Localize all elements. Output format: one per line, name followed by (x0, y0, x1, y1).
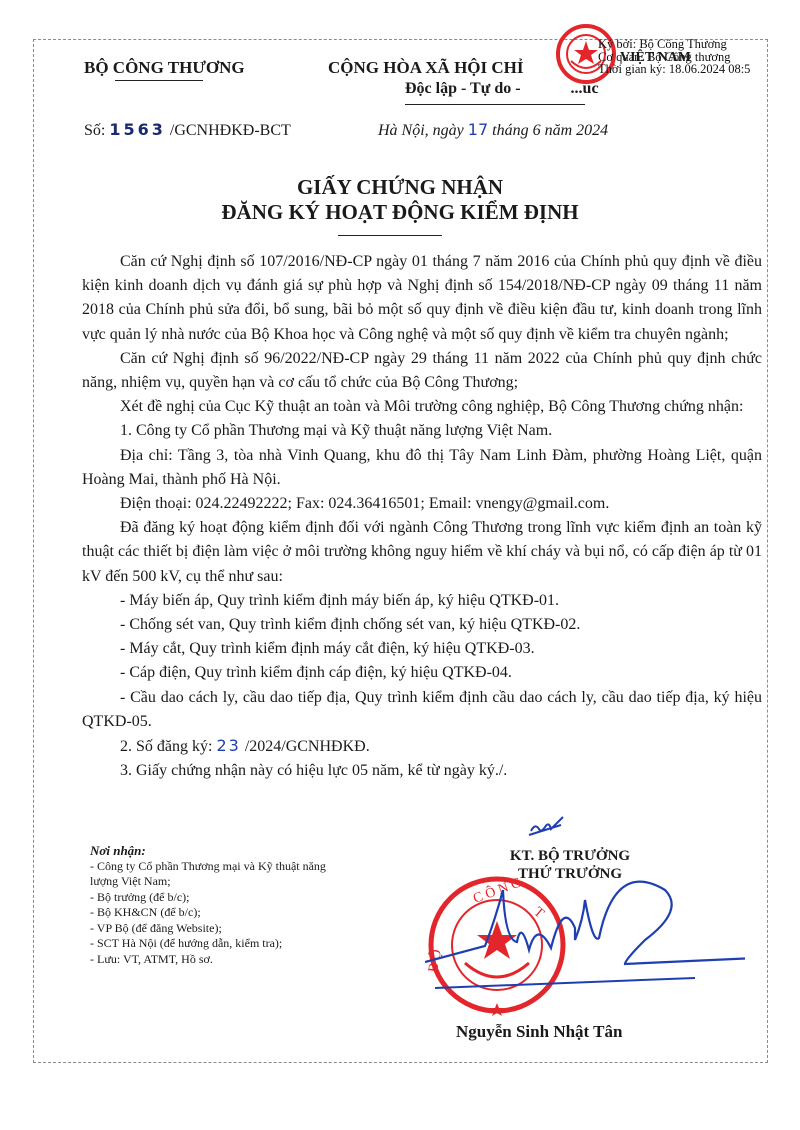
scope-item: - Chống sét van, Quy trình kiểm định chố… (82, 613, 762, 637)
initials-scribble-icon (527, 815, 567, 837)
reg-prefix: 2. Số đăng ký: (120, 738, 212, 755)
e-signature-signer: Ký bởi: Bộ Công Thương (598, 38, 750, 51)
certificate-subtitle: ĐĂNG KÝ HOẠT ĐỘNG KIỂM ĐỊNH (0, 200, 800, 225)
place-date: Hà Nội, ngày 17 tháng 6 năm 2024 (378, 120, 608, 140)
signer-capacity: KT. BỘ TRƯỞNG (450, 848, 690, 865)
title-underline (338, 235, 442, 236)
place-prefix: Hà Nội, ngày (378, 122, 464, 139)
agency-underline (115, 80, 203, 81)
company-address: Địa chỉ: Tầng 3, tòa nhà Vinh Quang, khu… (82, 444, 762, 492)
scope-item: - Cầu dao cách ly, cầu dao tiếp địa, Quy… (82, 686, 762, 734)
registration-scope: Đã đăng ký hoạt động kiểm định đối với n… (82, 516, 762, 589)
legal-basis-2: Căn cứ Nghị định số 96/2022/NĐ-CP ngày 2… (82, 347, 762, 395)
day-handwritten: 17 (468, 120, 488, 139)
reg-suffix: /2024/GCNHĐKĐ. (245, 738, 370, 755)
scope-item: - Máy biến áp, Quy trình kiểm định máy b… (82, 589, 762, 613)
certificate-title: GIẤY CHỨNG NHẬN (0, 175, 800, 200)
motto-text: Độc lập - Tự do - (405, 80, 521, 97)
doc-number-prefix: Số: (84, 122, 105, 139)
proposal: Xét đề nghị của Cục Kỹ thuật an toàn và … (82, 395, 762, 419)
recipient-item: - Lưu: VT, ATMT, Hồ sơ. (90, 952, 326, 968)
certificate-body: Căn cứ Nghị định số 107/2016/NĐ-CP ngày … (82, 250, 762, 783)
issuing-agency: BỘ CÔNG THƯƠNG (84, 58, 245, 78)
legal-basis-1: Căn cứ Nghị định số 107/2016/NĐ-CP ngày … (82, 250, 762, 347)
scope-item: - Máy cắt, Quy trình kiểm định máy cắt đ… (82, 637, 762, 661)
scope-item: - Cáp điện, Quy trình kiểm định cáp điện… (82, 661, 762, 685)
stamp-overlap-text: VIỆT NAM (620, 50, 691, 66)
motto-underline (405, 104, 585, 105)
national-title: CỘNG HÒA XÃ HỘI CHỈ (328, 58, 524, 78)
document-number: Số: 1563 /GCNHĐKĐ-BCT (84, 120, 291, 140)
recipient-item: - SCT Hà Nội (để hướng dẫn, kiểm tra); (90, 936, 326, 952)
reg-number-handwritten: 23 (216, 736, 240, 755)
place-suffix: tháng 6 năm 2024 (492, 122, 608, 139)
signer-name: Nguyễn Sinh Nhật Tân (456, 1022, 622, 1042)
recipients-block: Nơi nhận: - Công ty Cổ phần Thương mại v… (90, 843, 326, 967)
doc-number-suffix: /GCNHĐKĐ-BCT (170, 122, 291, 139)
recipient-item: lượng Việt Nam; (90, 874, 326, 890)
recipient-item: - Công ty Cổ phần Thương mại và Kỹ thuật… (90, 859, 326, 875)
company-contact: Điện thoại: 024.22492222; Fax: 024.36416… (82, 492, 762, 516)
recipient-item: - VP Bộ (để đăng Website); (90, 921, 326, 937)
validity-period: 3. Giấy chứng nhận này có hiệu lực 05 nă… (82, 759, 762, 783)
handwritten-signature-icon (425, 880, 745, 1020)
recipients-title: Nơi nhận: (90, 843, 326, 859)
company-name: 1. Công ty Cổ phần Thương mại và Kỹ thuậ… (82, 419, 762, 443)
recipient-item: - Bộ trưởng (để b/c); (90, 890, 326, 906)
doc-number-handwritten: 1563 (109, 120, 166, 139)
recipient-item: - Bộ KH&CN (để b/c); (90, 905, 326, 921)
registration-number: 2. Số đăng ký: 23 /2024/GCNHĐKĐ. (82, 734, 762, 759)
